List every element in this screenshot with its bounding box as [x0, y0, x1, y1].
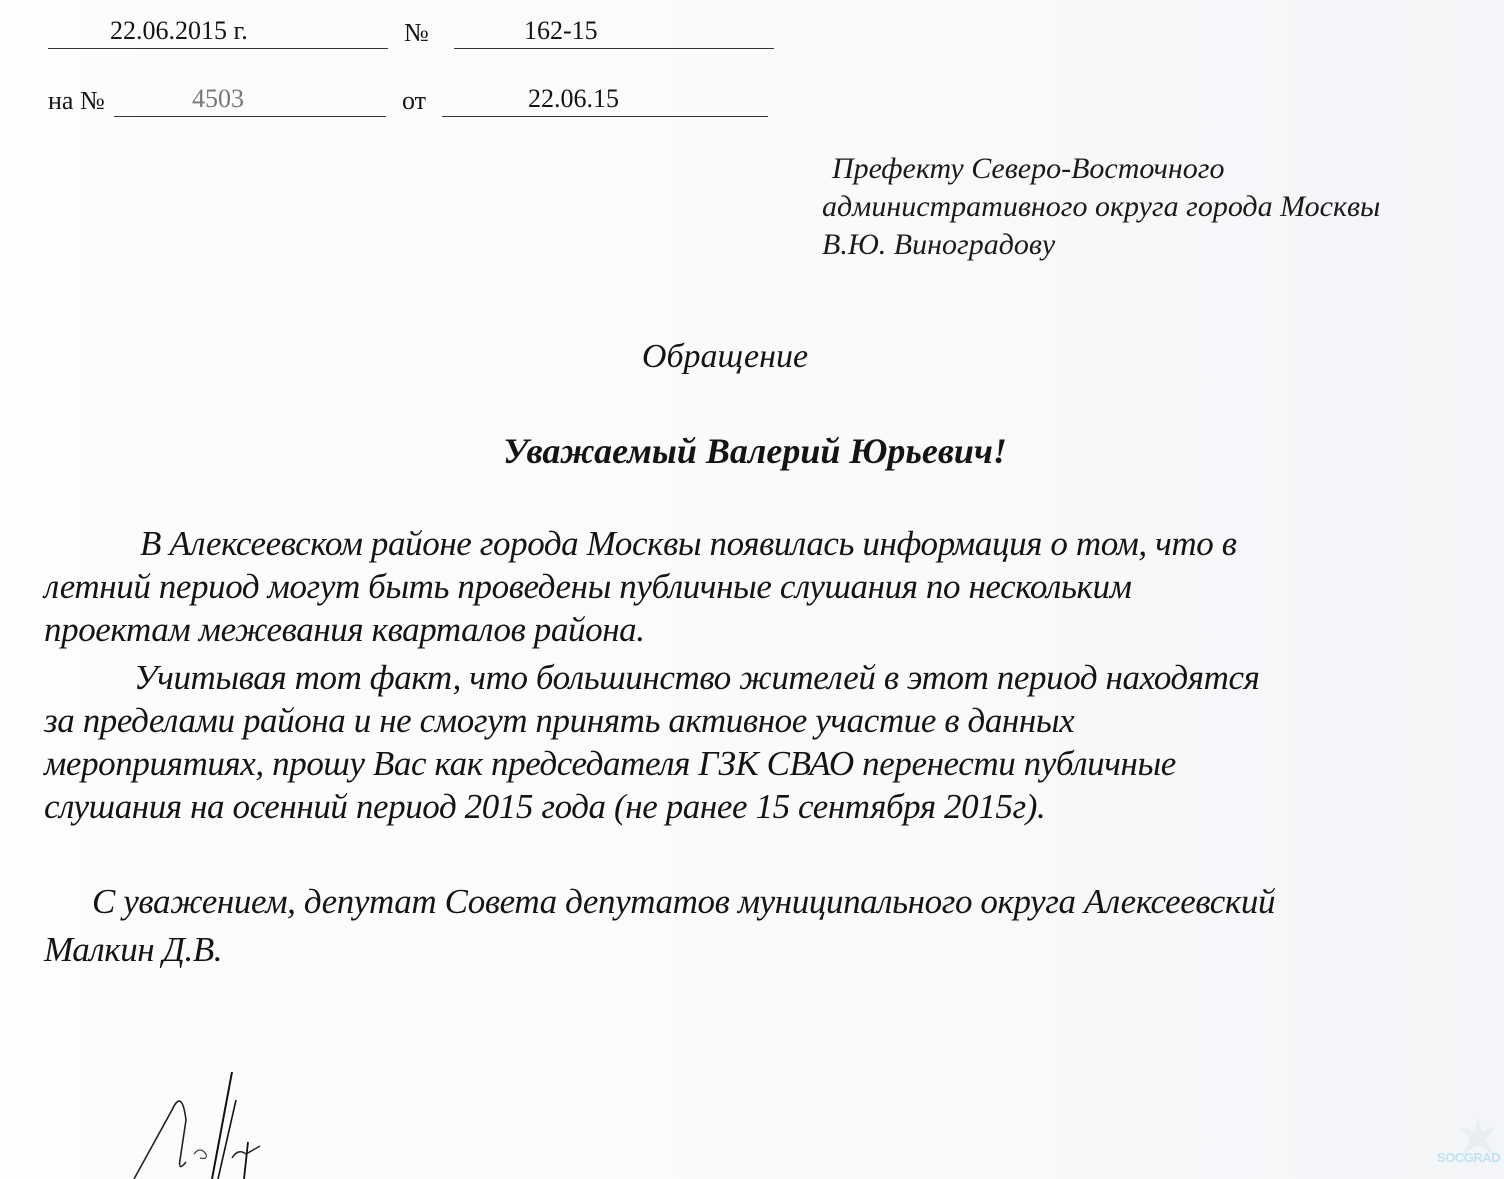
- document-page: 22.06.2015 г. № 162-15 на № 4503 от 22.0…: [0, 0, 1504, 1179]
- addressee-line: административного округа города Москвы: [822, 188, 1482, 226]
- text-line: летний период могут быть проведены публи…: [44, 565, 1474, 608]
- reference-date-field: 22.06.15: [442, 86, 768, 117]
- paragraph-1: В Алексеевском районе города Москвы появ…: [44, 522, 1474, 651]
- text-line: В Алексеевском районе города Москвы появ…: [44, 522, 1474, 565]
- watermark-text: SOCGRAD: [1437, 1150, 1500, 1165]
- outgoing-registration-row: 22.06.2015 г. № 162-15: [0, 12, 800, 52]
- addressee-line: В.Ю. Виноградову: [822, 226, 1482, 264]
- reference-prefix: на №: [48, 86, 105, 116]
- handwritten-signature-icon: [120, 1050, 400, 1179]
- text-line: Учитывая тот факт, что большинство жител…: [44, 656, 1474, 699]
- text-line: слушания на осенний период 2015 года (не…: [44, 785, 1474, 828]
- reference-number-value: 4503: [192, 84, 244, 114]
- number-field: 162-15: [454, 18, 774, 49]
- text-line: проектам межевания кварталов района.: [44, 608, 1474, 651]
- addressee-block: Префекту Северо-Восточного административ…: [822, 150, 1482, 264]
- document-title: Обращение: [0, 338, 1450, 376]
- reference-row: на № 4503 от 22.06.15: [0, 80, 800, 120]
- reference-number-field: 4503: [114, 86, 386, 117]
- reference-date-label: от: [402, 86, 426, 116]
- number-value: 162-15: [524, 16, 598, 46]
- closing-block: С уважением, депутат Совета депутатов му…: [44, 878, 1484, 974]
- signatory-name: Малкин Д.В.: [44, 926, 1484, 974]
- date-value: 22.06.2015 г.: [110, 16, 248, 46]
- text-line: за пределами района и не смогут принять …: [44, 699, 1474, 742]
- paragraph-2: Учитывая тот факт, что большинство жител…: [44, 656, 1474, 828]
- text-line: мероприятиях, прошу Вас как председателя…: [44, 742, 1474, 785]
- date-field: 22.06.2015 г.: [48, 18, 388, 49]
- salutation: Уважаемый Валерий Юрьевич!: [0, 430, 1504, 472]
- addressee-line: Префекту Северо-Восточного: [822, 150, 1482, 188]
- number-label: №: [404, 18, 429, 48]
- reference-date-value: 22.06.15: [528, 84, 619, 114]
- closing-line: С уважением, депутат Совета депутатов му…: [44, 878, 1484, 926]
